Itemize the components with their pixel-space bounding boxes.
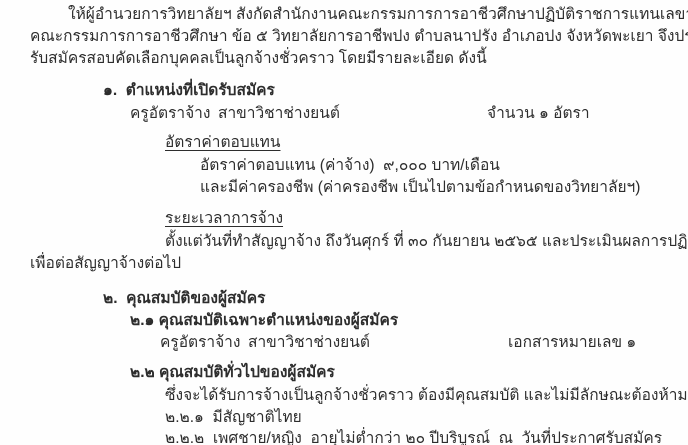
section1-quantity: จำนวน ๑ อัตรา: [487, 104, 590, 124]
intro-line-1: ให้ผู้อำนวยการวิทยาลัยฯ สังกัดสำนักงานคณ…: [68, 5, 688, 25]
pay-line-1: อัตราค่าตอบแทน (ค่าจ้าง) ๙,๐๐๐ บาท/เดือน: [200, 156, 500, 176]
section1-position: ครูอัตราจ้าง: [130, 104, 210, 124]
section1-heading: ๑. ตำแหน่งที่เปิดรับสมัคร: [103, 81, 275, 101]
document-page: ให้ผู้อำนวยการวิทยาลัยฯ สังกัดสำนักงานคณ…: [0, 0, 688, 445]
section2-sub1-field: สาขาวิชาช่างยนต์: [248, 333, 370, 353]
section2-sub2-heading: ๒.๒ คุณสมบัติทั่วไปของผู้สมัคร: [130, 363, 335, 383]
pay-line-2: และมีค่าครองชีพ (ค่าครองชีพ เป็นไปตามข้อ…: [200, 178, 640, 198]
pay-heading: อัตราค่าตอบแทน: [165, 133, 281, 153]
intro-line-2: คณะกรรมการการอาชีวศึกษา ข้อ ๕ วิทยาลัยกา…: [30, 27, 688, 47]
section2-sub1-position: ครูอัตราจ้าง: [160, 333, 240, 353]
duration-line-1: ตั้งแต่วันที่ทำสัญญาจ้าง ถึงวันศุกร์ ที่…: [165, 232, 688, 252]
duration-line-2: เพื่อต่อสัญญาจ้างต่อไป: [30, 254, 181, 274]
section2-sub2-intro: ซึ่งจะได้รับการจ้างเป็นลูกจ้างชั่วคราว ต…: [165, 386, 688, 406]
section2-sub2-item-2: ๒.๒.๒ เพศชาย/หญิง อายุไม่ต่ำกว่า ๒๐ ปีบร…: [165, 429, 662, 445]
section2-heading: ๒. คุณสมบัติของผู้สมัคร: [103, 289, 265, 309]
section2-sub1-doc-ref: เอกสารหมายเลข ๑: [508, 333, 636, 353]
section2-sub2-item-1: ๒.๒.๑ มีสัญชาติไทย: [165, 408, 302, 428]
intro-line-3: รับสมัครสอบคัดเลือกบุคคลเป็นลูกจ้างชั่วค…: [30, 49, 487, 69]
section1-field: สาขาวิชาช่างยนต์: [218, 104, 340, 124]
duration-heading: ระยะเวลาการจ้าง: [165, 209, 283, 229]
section2-sub1-heading: ๒.๑ คุณสมบัติเฉพาะตำแหน่งของผู้สมัคร: [130, 311, 398, 331]
